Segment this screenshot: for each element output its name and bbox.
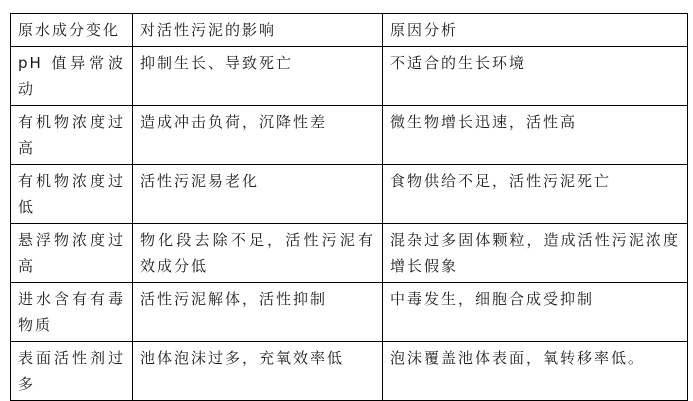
sludge-impact-table: 原水成分变化 对活性污泥的影响 原因分析 pH 值异常波动 抑制生长、导致死亡 … (10, 13, 688, 400)
cell-reason: 不适合的生长环境 (383, 47, 688, 106)
table-row-toxic-influent: 进水含有有毒物质 活性污泥解体，活性抑制 中毒发生，细胞合成受抑制 (11, 283, 688, 342)
table-row-surfactant: 表面活性剂过多 池体泡沫过多，充氧效率低 泡沫覆盖池体表面，氧转移率低。 (11, 342, 688, 401)
cell-effect: 抑制生长、导致死亡 (133, 47, 383, 106)
cell-reason: 混杂过多固体颗粒，造成活性污泥浓度增长假象 (383, 224, 688, 283)
cell-effect: 活性污泥易老化 (133, 165, 383, 224)
cell-change: 悬浮物浓度过高 (11, 224, 133, 283)
cell-change: 有机物浓度过低 (11, 165, 133, 224)
cell-change: 进水含有有毒物质 (11, 283, 133, 342)
cell-change: 有机物浓度过高 (11, 106, 133, 165)
cell-effect: 池体泡沫过多，充氧效率低 (133, 342, 383, 401)
cell-reason: 泡沫覆盖池体表面，氧转移率低。 (383, 342, 688, 401)
table-row-organics-low: 有机物浓度过低 活性污泥易老化 食物供给不足，活性污泥死亡 (11, 165, 688, 224)
cell-effect: 活性污泥解体，活性抑制 (133, 283, 383, 342)
cell-effect: 造成冲击负荷，沉降性差 (133, 106, 383, 165)
header-row: 原水成分变化 对活性污泥的影响 原因分析 (11, 14, 688, 47)
header-cell-effect: 对活性污泥的影响 (133, 14, 383, 47)
table-row-organics-high: 有机物浓度过高 造成冲击负荷，沉降性差 微生物增长迅速，活性高 (11, 106, 688, 165)
cell-effect: 物化段去除不足，活性污泥有效成分低 (133, 224, 383, 283)
table-row-ph: pH 值异常波动 抑制生长、导致死亡 不适合的生长环境 (11, 47, 688, 106)
cell-reason: 食物供给不足，活性污泥死亡 (383, 165, 688, 224)
table-row-suspended-solids: 悬浮物浓度过高 物化段去除不足，活性污泥有效成分低 混杂过多固体颗粒，造成活性污… (11, 224, 688, 283)
cell-change: pH 值异常波动 (11, 47, 133, 106)
cell-change: 表面活性剂过多 (11, 342, 133, 401)
cell-reason: 中毒发生，细胞合成受抑制 (383, 283, 688, 342)
header-cell-change: 原水成分变化 (11, 14, 133, 47)
cell-reason: 微生物增长迅速，活性高 (383, 106, 688, 165)
header-cell-reason: 原因分析 (383, 14, 688, 47)
